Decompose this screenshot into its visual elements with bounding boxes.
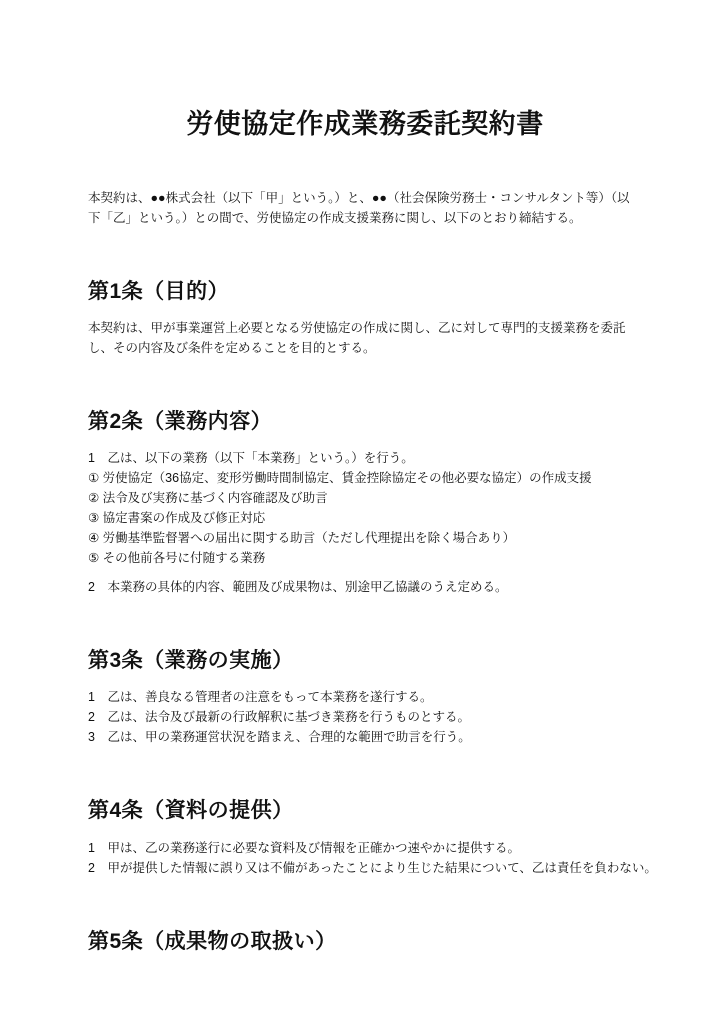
article-4-heading: 第4条（資料の提供） <box>88 798 642 823</box>
article-2-heading: 第2条（業務内容） <box>88 409 642 434</box>
article-2-item: 1 乙は、以下の業務（以下「本業務」という。）を行う。 <box>88 448 642 468</box>
article-2-item: 2 本業務の具体的内容、範囲及び成果物は、別途甲乙協議のうえ定める。 <box>88 577 642 597</box>
article-2-item: ① 労使協定（36協定、変形労働時間制協定、賃金控除協定その他必要な協定）の作成… <box>88 468 642 488</box>
article-3-item: 2 乙は、法令及び最新の行政解釈に基づき業務を行うものとする。 <box>88 707 642 727</box>
article-2-item: ④ 労働基準監督署への届出に関する助言（ただし代理提出を除く場合あり） <box>88 528 642 548</box>
article-2-section: 第2条（業務内容） 1 乙は、以下の業務（以下「本業務」という。）を行う。 ① … <box>88 409 642 597</box>
article-4-section: 第4条（資料の提供） 1 甲は、乙の業務遂行に必要な資料及び情報を正確かつ速やか… <box>88 798 642 877</box>
article-2-item: ② 法令及び実務に基づく内容確認及び助言 <box>88 488 642 508</box>
article-1-section: 第1条（目的） 本契約は、甲が事業運営上必要となる労使協定の作成に関し、乙に対し… <box>88 279 642 358</box>
article-4-item: 1 甲は、乙の業務遂行に必要な資料及び情報を正確かつ速やかに提供する。 <box>88 838 642 858</box>
article-3-section: 第3条（業務の実施） 1 乙は、善良なる管理者の注意をもって本業務を遂行する。 … <box>88 648 642 747</box>
article-3-heading: 第3条（業務の実施） <box>88 648 642 673</box>
article-1-heading: 第1条（目的） <box>88 279 642 304</box>
article-2-item: ③ 協定書案の作成及び修正対応 <box>88 508 642 528</box>
contract-document-page: 労使協定作成業務委託契約書 本契約は、●●株式会社（以下「甲」という。）と、●●… <box>0 0 724 1024</box>
article-5-heading: 第5条（成果物の取扱い） <box>88 929 642 954</box>
article-2-item: ⑤ その他前各号に付随する業務 <box>88 548 642 568</box>
article-4-item: 2 甲が提供した情報に誤り又は不備があったことにより生じた結果について、乙は責任… <box>88 858 642 878</box>
preamble-paragraph: 本契約は、●●株式会社（以下「甲」という。）と、●●（社会保険労務士・コンサルタ… <box>88 188 642 228</box>
article-3-item: 3 乙は、甲の業務運営状況を踏まえ、合理的な範囲で助言を行う。 <box>88 727 642 747</box>
article-3-item: 1 乙は、善良なる管理者の注意をもって本業務を遂行する。 <box>88 687 642 707</box>
document-title: 労使協定作成業務委託契約書 <box>88 108 642 142</box>
article-1-body: 本契約は、甲が事業運営上必要となる労使協定の作成に関し、乙に対して専門的支援業務… <box>88 318 642 358</box>
article-5-section: 第5条（成果物の取扱い） <box>88 929 642 954</box>
